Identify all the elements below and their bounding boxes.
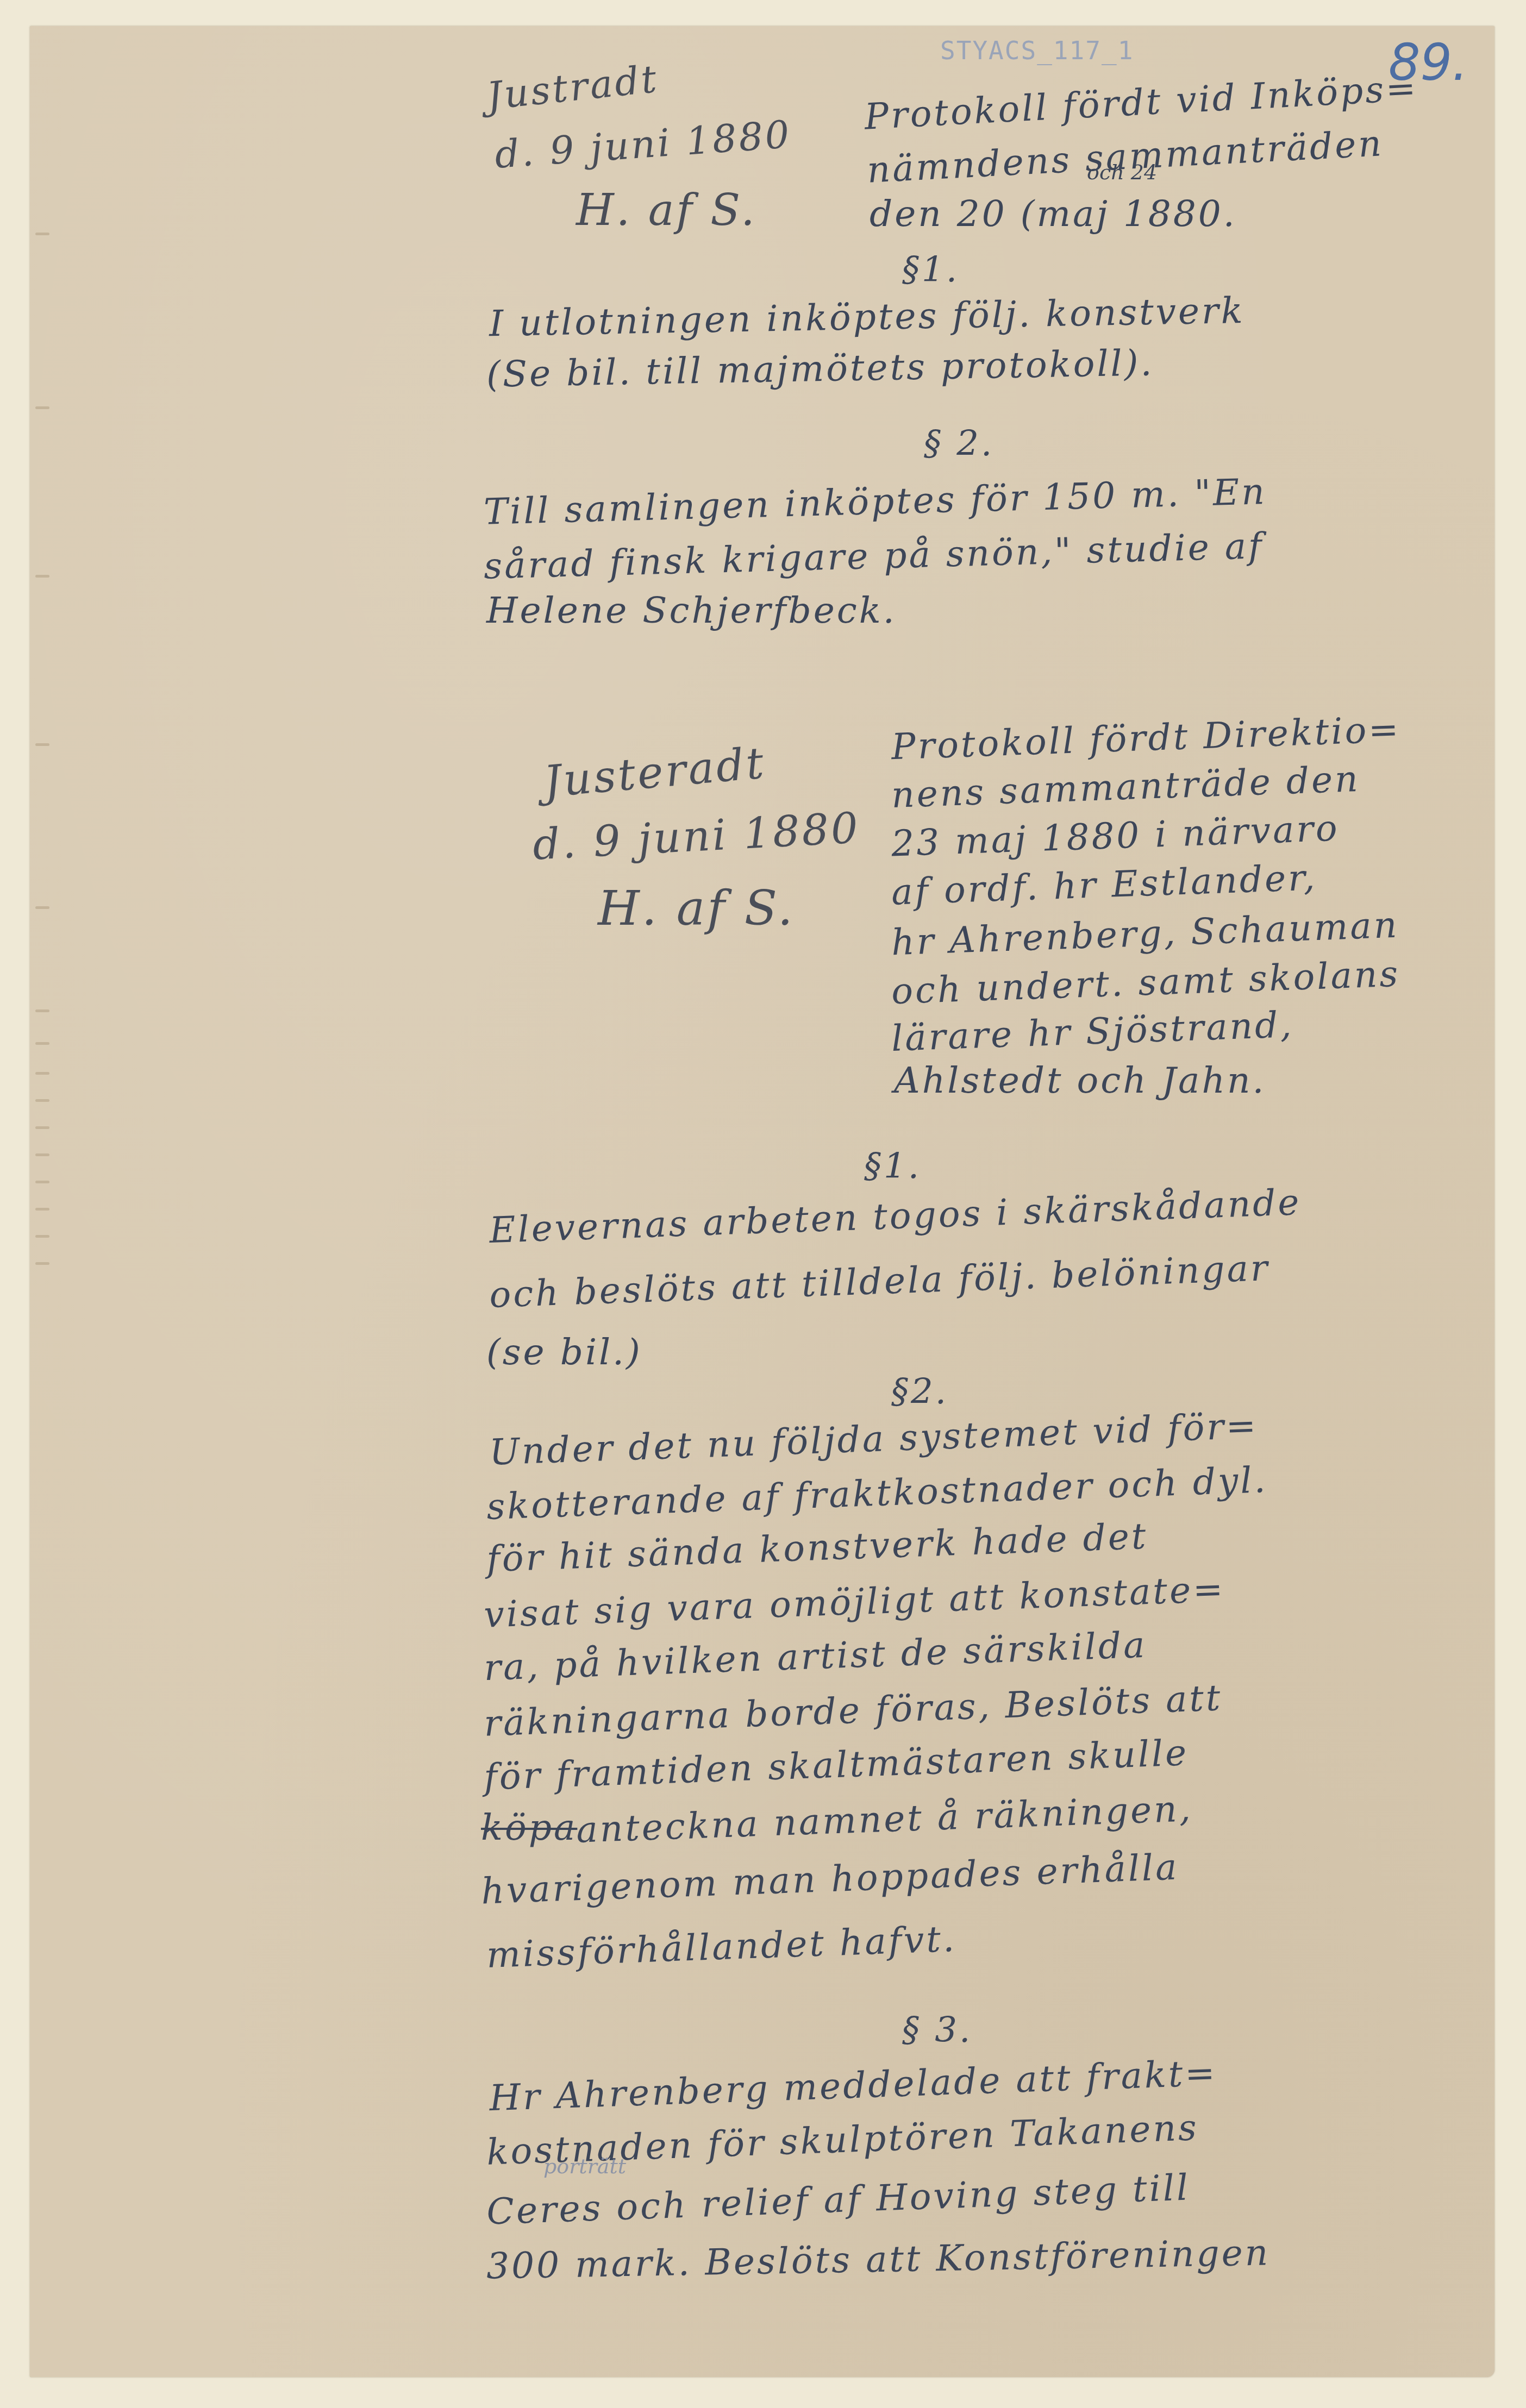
binding-hole — [35, 1181, 49, 1183]
pencil-insertion: porträtt — [543, 2154, 626, 2178]
entry-2-header-line: Ahlstedt och Jahn. — [894, 1059, 1266, 1101]
binding-hole — [35, 1072, 49, 1075]
binding-hole — [35, 1042, 49, 1045]
struck-word: köpa — [481, 1807, 577, 1848]
section-mark: §1. — [864, 1146, 921, 1187]
binding-hole — [35, 1153, 49, 1156]
binding-hole — [35, 1009, 49, 1012]
archive-stamp: STYACS_117_1 — [940, 36, 1134, 65]
binding-hole — [35, 743, 49, 746]
section-line: Helene Schjerfbeck. — [486, 590, 897, 631]
entry-1-header-line: den 20 (maj 1880. — [870, 193, 1237, 235]
entry-1-date-insertion: och 24 — [1087, 160, 1157, 184]
section-mark: §1. — [902, 250, 959, 290]
section-line: (se bil.) — [486, 1331, 642, 1373]
binding-hole — [35, 1235, 49, 1238]
binding-hole — [35, 906, 49, 909]
binding-hole — [35, 1126, 49, 1129]
binding-hole — [35, 406, 49, 409]
section-mark: § 2. — [924, 424, 994, 464]
binding-hole — [35, 233, 49, 235]
approval-note-signature: H. af S. — [576, 185, 757, 235]
binding-hole — [35, 1262, 49, 1265]
section-mark: §2. — [891, 1372, 948, 1412]
binding-hole — [35, 1208, 49, 1211]
section-mark: § 3. — [902, 2010, 972, 2050]
binding-hole — [35, 575, 49, 578]
approval-note-signature: H. af S. — [598, 880, 795, 936]
binding-hole — [35, 1099, 49, 1102]
